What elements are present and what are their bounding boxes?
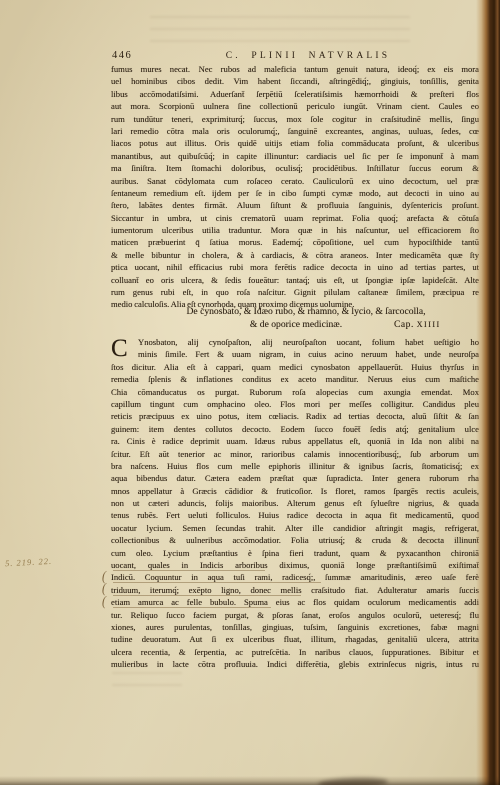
ink-underline-mark <box>113 582 321 583</box>
text-line: fumus mures necat. Nec rubos ad malefici… <box>111 63 479 75</box>
text-line: non ut cæteri aduncis, folijs maioribus.… <box>111 497 479 509</box>
text-line: aqua bibendus datur. Cætera eadem præſta… <box>111 472 479 484</box>
ink-underline-mark <box>113 595 301 596</box>
text-line: tenus rubēs. Fert ueluti folliculos. Hui… <box>111 509 479 521</box>
text-line: reticis præcipuus ex uino potus, item cœ… <box>111 410 479 422</box>
text-line: & melle bibuntur in cholera, & à cardiac… <box>111 249 479 261</box>
drop-cap-initial: C <box>111 337 128 360</box>
text-line: ptica uocant, nihil efficacius rubi mora… <box>111 261 479 273</box>
text-line: guinem: item dentes collutos decocto. Eo… <box>111 423 479 435</box>
verso-show-through <box>112 672 182 686</box>
text-line: ulcera recentia, & ſerpentia, ac putreſc… <box>111 646 479 658</box>
ink-underline-mark <box>113 607 271 608</box>
text-line: remedia ſplenis & inflationes conditus e… <box>111 373 479 385</box>
book-page-scan: 446 C. PLINII NATVRALIS fumus mures neca… <box>0 0 500 785</box>
page-header: 446 C. PLINII NATVRALIS <box>111 50 479 63</box>
text-line: capillum tingunt cum omphacino oleo. Flo… <box>111 398 479 410</box>
text-line: uel hominibus cibos dedit. Vim habent ſi… <box>111 75 479 87</box>
page-edge-shadow-right <box>476 0 500 785</box>
chapter-heading: De cynosbato, & Idæo rubo, & rhamno, & l… <box>111 306 479 331</box>
text-line: manantibus, aut quibuſcūq́; in capite il… <box>111 150 479 162</box>
text-line: libus accōmodatiſsimi. Aduerſant̄ ſerpēt… <box>111 88 479 100</box>
text-line: ra. Cinis è radice deprimit uuam. Idæus … <box>111 435 479 447</box>
running-title: C. PLINII NATVRALIS <box>111 51 479 61</box>
text-line: Siccantur in umbra, ut cinis crematorū u… <box>111 212 479 224</box>
text-line: xiones, aures purulentas, tonſillas, gin… <box>111 621 479 633</box>
text-line: minis ſimile. Fert & uuam nigram, in cui… <box>111 348 479 360</box>
text-line: aut mora. Scorpionū uulnera ſine collect… <box>111 100 479 112</box>
text-line: collectionibus & uulneribus accōmodatior… <box>111 534 479 546</box>
text-line: maticen præbuerint q̄ ſatiua morus. Eade… <box>111 236 479 248</box>
ink-bracket-mark: ( <box>102 593 106 610</box>
text-line: mulieribus in lacte cōtra profluuia. Ind… <box>111 658 479 670</box>
ink-underline-mark <box>113 570 265 571</box>
text-line: colluant̄ eo oris ulcera, & ſedis foueāt… <box>111 274 479 286</box>
text-line: cum oleo. Lycium præſtantius è ſpina fie… <box>111 547 479 559</box>
text-line: bra naſcens. Huius flos cum melle epipho… <box>111 460 479 472</box>
text-line: lari remedio cōtra mala oris oculorumq́;… <box>111 125 479 137</box>
chapter-number-label: Cap. <box>394 319 414 330</box>
text-line: ſentaneum remedium eſt. ijdem per ſe in … <box>111 187 479 199</box>
text-line: liacos potus aut illitus. Oris quidē uit… <box>111 137 479 149</box>
chapter-heading-line1: De cynosbato, & Idæo rubo, & rhamno, & l… <box>111 306 479 319</box>
text-line: Ynosbaton, alij cynoſpaſton, alij neuroſ… <box>111 336 479 348</box>
text-line: mnos appellatur à Græcis cādidior & frut… <box>111 485 479 497</box>
text-line: auribus. Sanat cōdylomata cum roſaceo ce… <box>111 175 479 187</box>
text-line: ſcitur. Eſt aūt tenerior ac minor, rario… <box>111 448 479 460</box>
body-text-first-paragraph: fumus mures necat. Nec rubos ad malefici… <box>111 63 479 311</box>
text-line: ſtero, labātes dentes firmāt. Aluum ſiſt… <box>111 199 479 211</box>
page-edge-shadow-bottom <box>0 776 500 785</box>
chapter-number-numeral: XIIII <box>417 320 441 329</box>
text-line: ma ſiniſtra. Item ſtomachi doloribus, oc… <box>111 162 479 174</box>
text-line: tudine deuoratum. Aut ſi ex ulceribus fl… <box>111 633 479 645</box>
body-text-chapter: Ynosbaton, alij cynoſpaſton, alij neuroſ… <box>111 336 479 671</box>
chapter-heading-line2: & de oporice medicinæ. Cap. XIIII <box>111 319 479 332</box>
chapter-heading-subtitle: & de oporice medicinæ. <box>201 319 391 332</box>
text-line: rum tundūtur teneri, exprimiturq́; ſuccu… <box>111 113 479 125</box>
text-line: uocatur lycium. Semen ſecundas trahit. A… <box>111 522 479 534</box>
text-line: iumentorum ulceribus utilia traduntur. M… <box>111 224 479 236</box>
handwritten-margin-note: 5. 219. 22. <box>5 556 53 568</box>
text-line: Chia cōmanducatus os purgat. Ruborum roſ… <box>111 386 479 398</box>
text-line: ſtos dicitur. Alia eſt à cappari, quam m… <box>111 361 479 373</box>
chapter-body-wrapper: C Ynosbaton, alij cynoſpaſton, alij neur… <box>111 336 479 671</box>
text-line: tur. Reliquo ſucco faciem purgat, & pſor… <box>111 609 479 621</box>
text-line: rum genus rubi eſt, in quo roſa naſcitur… <box>111 286 479 298</box>
chapter-number: Cap. XIIII <box>394 319 441 332</box>
verso-show-through <box>150 16 410 50</box>
